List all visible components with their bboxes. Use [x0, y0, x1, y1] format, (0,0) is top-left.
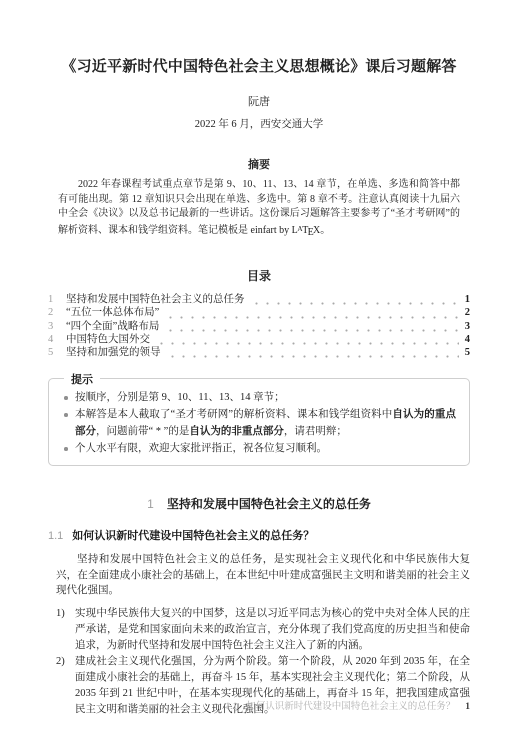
section-heading: 1坚持和发展中国特色社会主义的总任务: [48, 495, 470, 512]
section-title: 坚持和发展中国特色社会主义的总任务: [167, 497, 371, 511]
toc-entry-number: 4: [48, 333, 66, 346]
toc-heading: 目录: [48, 267, 470, 284]
toc-entry-label: 坚持和加强党的领导: [66, 346, 161, 359]
date-affiliation: 2022 年 6 月，西安交通大学: [48, 116, 470, 131]
hint-item-3: 个人水平有限，欢迎大家批评指正，祝各位复习顺利。: [62, 440, 456, 457]
hint-item-2: 本解答是本人截取了“圣才考研网”的解析资料、课本和钱学组资料中自认为的重点部分，…: [62, 406, 456, 440]
hint-item-1: 按顺序，分别是第 9、10、11、13、14 章节；: [62, 389, 456, 406]
list-item-marker: 1): [56, 606, 75, 654]
subsection-title: 如何认识新时代建设中国特色社会主义的总任务？: [72, 530, 314, 542]
toc-entry-number: 3: [48, 320, 66, 333]
bullet-icon: [64, 413, 68, 417]
toc-entry-2[interactable]: 2 “五位一体总体布局” 2: [48, 306, 470, 319]
section-number: 1: [147, 497, 154, 511]
abstract-text: 2022 年春课程考试重点章节是第 9、10、11、13、14 章节，在单选、多…: [58, 178, 460, 240]
bullet-icon: [64, 396, 68, 400]
footer-page-number: 1: [465, 702, 470, 712]
hint-list: 按顺序，分别是第 9、10、11、13、14 章节； 本解答是本人截取了“圣才考…: [62, 389, 456, 457]
subsection-number: 1.1: [48, 530, 63, 542]
toc-entry-number: 1: [48, 293, 66, 306]
dot-leader: [167, 349, 459, 359]
toc-entry-number: 5: [48, 346, 66, 359]
hint-item-emphasis: 自认为的非重点部分: [189, 426, 284, 437]
latex-logo: LATEX: [292, 225, 321, 236]
toc-entry-number: 2: [48, 306, 66, 319]
toc-entry-page: 2: [465, 306, 470, 319]
abstract-text-end: 。: [320, 225, 330, 236]
toc-entry-label: 中国特色大国外交: [66, 333, 150, 346]
toc-entry-page: 3: [465, 320, 470, 333]
document-title: 《习近平新时代中国特色社会主义思想概论》课后习题解答: [48, 56, 470, 78]
hint-item-text: 按顺序，分别是第 9、10、11、13、14 章节；: [75, 392, 285, 403]
toc-entry-page: 5: [465, 346, 470, 359]
list-item-marker: 2): [56, 654, 75, 718]
hint-item-text: 本解答是本人截取了“圣才考研网”的解析资料、课本和钱学组资料中: [75, 409, 392, 420]
toc-entry-1[interactable]: 1 坚持和发展中国特色社会主义的总任务 1: [48, 293, 470, 306]
toc-entry-label: “四个全面”战略布局: [66, 320, 159, 333]
abstract-text-main: 2022 年春课程考试重点章节是第 9、10、11、13、14 章节，在单选、多…: [58, 179, 460, 236]
table-of-contents: 1 坚持和发展中国特色社会主义的总任务 1 2 “五位一体总体布局” 2 3 “…: [48, 293, 470, 359]
toc-entry-4[interactable]: 4 中国特色大国外交 4: [48, 333, 470, 346]
toc-entry-label: “五位一体总体布局”: [66, 306, 159, 319]
hint-item-text: 个人水平有限，欢迎大家批评指正，祝各位复习顺利。: [75, 443, 327, 454]
toc-entry-page: 1: [465, 293, 470, 306]
bullet-icon: [64, 447, 68, 451]
toc-entry-3[interactable]: 3 “四个全面”战略布局 3: [48, 320, 470, 333]
toc-entry-5[interactable]: 5 坚持和加强党的领导 5: [48, 346, 470, 359]
hint-item-text: ，问题前带“ * ”的是: [96, 426, 189, 437]
dot-leader: [165, 310, 458, 320]
dot-leader: [251, 296, 459, 306]
abstract-heading: 摘要: [48, 156, 470, 172]
dot-leader: [156, 336, 459, 346]
list-item-1: 1) 实现中华民族伟大复兴的中国梦，这是以习近平同志为核心的党中央对全体人民的庄…: [56, 606, 470, 654]
document-page: 《习近平新时代中国特色社会主义思想概论》课后习题解答 阮唐 2022 年 6 月…: [0, 0, 518, 718]
footer-title-ref: 如何认识新时代建设中国特色社会主义的总任务？: [246, 702, 455, 712]
author-name: 阮唐: [48, 93, 470, 109]
list-item-text: 实现中华民族伟大复兴的中国梦，这是以习近平同志为核心的党中央对全体人民的庄严承诺…: [75, 606, 470, 654]
hint-box: 提示 按顺序，分别是第 9、10、11、13、14 章节； 本解答是本人截取了“…: [48, 378, 470, 466]
hint-item-text: ，请君明辩；: [284, 426, 347, 437]
hint-box-title: 提示: [64, 371, 100, 387]
toc-entry-page: 4: [465, 333, 470, 346]
subsection-heading: 1.1如何认识新时代建设中国特色社会主义的总任务？: [48, 527, 470, 543]
dot-leader: [165, 323, 458, 333]
toc-entry-label: 坚持和发展中国特色社会主义的总任务: [66, 293, 245, 306]
answer-paragraph: 坚持和发展中国特色社会主义的总任务，是实现社会主义现代化和中华民族伟大复兴，在全…: [56, 552, 470, 599]
page-footer: 1.1如何认识新时代建设中国特色社会主义的总任务？1: [225, 698, 470, 712]
footer-section-ref: 1.1: [225, 702, 237, 712]
